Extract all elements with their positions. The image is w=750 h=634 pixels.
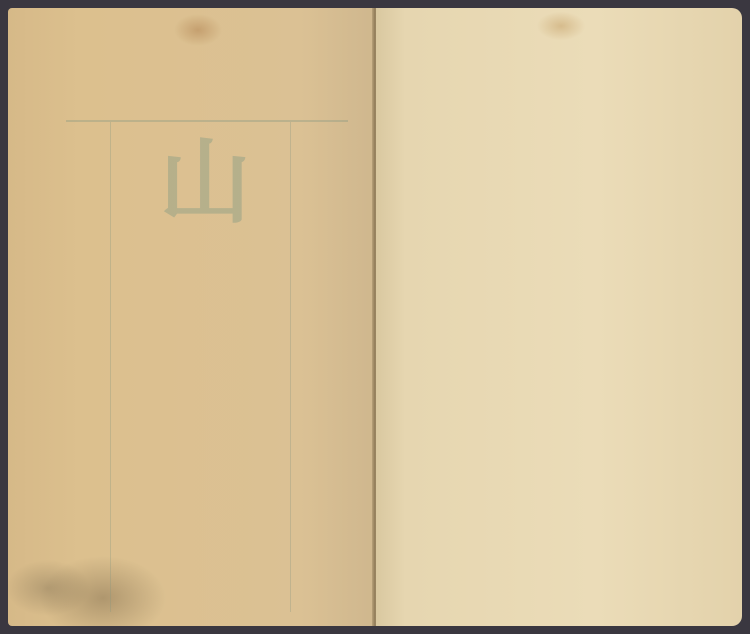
book-title-column: 山 xyxy=(143,133,253,217)
right-page-blank xyxy=(376,8,742,626)
column-rule-left xyxy=(110,122,111,612)
left-page-title-page: 山 xyxy=(8,8,374,626)
book-spread: 山 xyxy=(8,8,742,626)
column-rule-right xyxy=(290,122,291,612)
